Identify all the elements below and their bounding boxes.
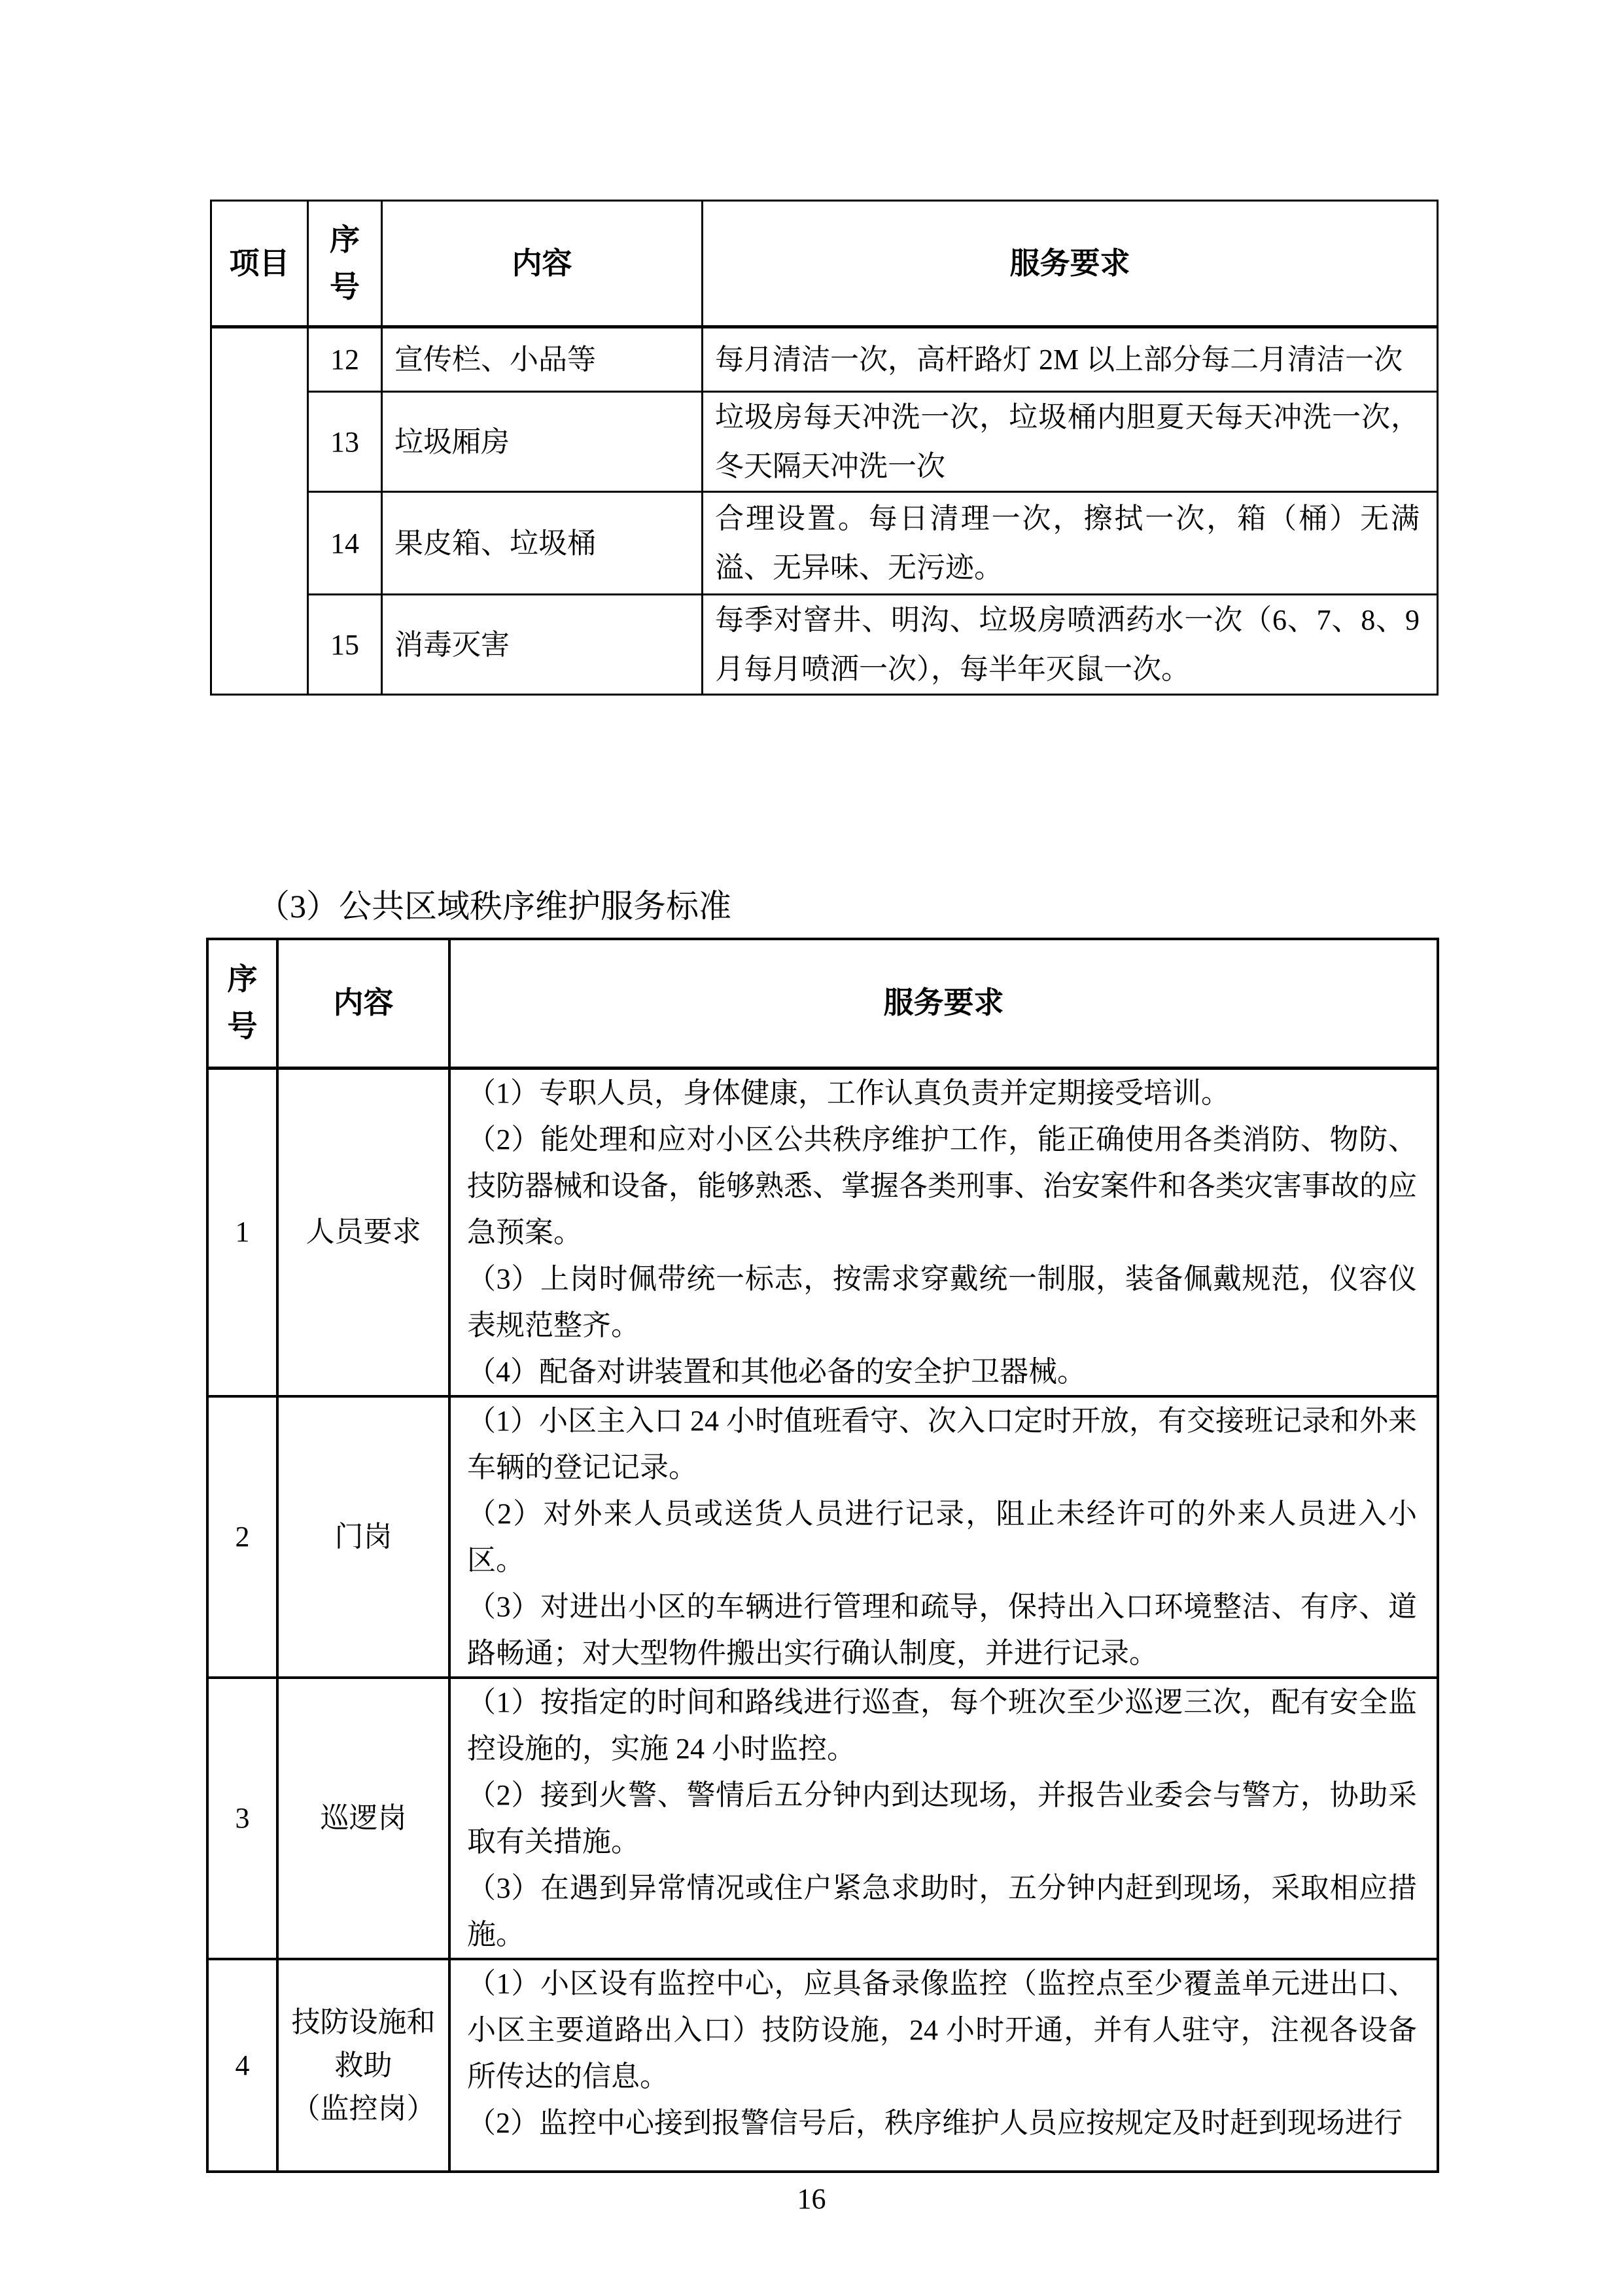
row-requirement: 垃圾房每天冲洗一次，垃圾桶内胆夏天每天冲洗一次，冬天隔天冲洗一次 — [703, 392, 1438, 492]
row-no: 2 — [207, 1396, 277, 1678]
table2-header-no: 序 号 — [207, 939, 277, 1068]
row-requirement: （1）小区设有监控中心，应具备录像监控（监控点至少覆盖单元进出口、小区主要道路出… — [449, 1959, 1438, 2172]
row-no: 14 — [308, 492, 382, 595]
row-content: 果皮箱、垃圾桶 — [382, 492, 703, 595]
row-content: 巡逻岗 — [277, 1678, 449, 1959]
table-row: 4 技防设施和 救助 （监控岗） （1）小区设有监控中心，应具备录像监控（监控点… — [207, 1959, 1438, 2172]
row-content: 消毒灭害 — [382, 595, 703, 695]
table-row: 12 宣传栏、小品等 每月清洁一次，高杆路灯 2M 以上部分每二月清洁一次 — [211, 327, 1438, 392]
requirement-item: （1）小区主入口 24 小时值班看守、次入口定时开放，有交接班记录和外来车辆的登… — [467, 1398, 1417, 1491]
cleaning-standards-table: 项目 序 号 内容 服务要求 12 宣传栏、小品等 每月清洁一次，高杆路灯 2M… — [210, 200, 1439, 696]
row-content: 技防设施和 救助 （监控岗） — [277, 1959, 449, 2172]
table-row: 1 人员要求 （1）专职人员，身体健康，工作认真负责并定期接受培训。 （2）能处… — [207, 1068, 1438, 1396]
row-requirement: 合理设置。每日清理一次，擦拭一次，箱（桶）无满溢、无异味、无污迹。 — [703, 492, 1438, 595]
requirement-item: （3）在遇到异常情况或住户紧急求助时，五分钟内赶到现场，采取相应措施。 — [467, 1865, 1417, 1958]
row-content: 人员要求 — [277, 1068, 449, 1396]
requirement-item: （2）监控中心接到报警信号后，秩序维护人员应按规定及时赶到现场进行 — [467, 2100, 1417, 2146]
table1-header-row: 项目 序 号 内容 服务要求 — [211, 201, 1438, 327]
row-no: 13 — [308, 392, 382, 492]
requirement-item: （3）对进出小区的车辆进行管理和疏导，保持出入口环境整洁、有序、道路畅通；对大型… — [467, 1583, 1417, 1676]
row-requirement: （1）按指定的时间和路线进行巡查，每个班次至少巡逻三次，配有安全监控设施的，实施… — [449, 1678, 1438, 1959]
page-number: 16 — [0, 2181, 1623, 2217]
table2-header-no-line2: 号 — [209, 1003, 276, 1050]
row-content: 宣传栏、小品等 — [382, 327, 703, 392]
table1-header-no: 序 号 — [308, 201, 382, 327]
table1-header-project: 项目 — [211, 201, 308, 327]
row-content-line: （监控岗） — [279, 2087, 448, 2130]
table1-header-requirement: 服务要求 — [703, 201, 1438, 327]
requirement-item: （1）按指定的时间和路线进行巡查，每个班次至少巡逻三次，配有安全监控设施的，实施… — [467, 1679, 1417, 1772]
table1-project-merged-cell — [211, 327, 308, 695]
table2-header-content: 内容 — [277, 939, 449, 1068]
requirement-item: （2）对外来人员或送货人员进行记录，阻止未经许可的外来人员进入小区。 — [467, 1491, 1417, 1583]
page: 项目 序 号 内容 服务要求 12 宣传栏、小品等 每月清洁一次，高杆路灯 2M… — [0, 0, 1623, 2296]
section-title: （3）公共区域秩序维护服务标准 — [257, 883, 731, 929]
table1-header-no-line1: 序 — [309, 217, 381, 264]
table-row: 3 巡逻岗 （1）按指定的时间和路线进行巡查，每个班次至少巡逻三次，配有安全监控… — [207, 1678, 1438, 1959]
table-row: 2 门岗 （1）小区主入口 24 小时值班看守、次入口定时开放，有交接班记录和外… — [207, 1396, 1438, 1678]
table-row: 15 消毒灭害 每季对窨井、明沟、垃圾房喷洒药水一次（6、7、8、9 月每月喷洒… — [211, 595, 1438, 695]
requirement-item: （1）专职人员，身体健康，工作认真负责并定期接受培训。 — [467, 1070, 1417, 1116]
row-no: 12 — [308, 327, 382, 392]
requirement-item: （2）能处理和应对小区公共秩序维护工作，能正确使用各类消防、物防、技防器械和设备… — [467, 1116, 1417, 1256]
row-content-line: 技防设施和 — [279, 2001, 448, 2044]
row-requirement: （1）专职人员，身体健康，工作认真负责并定期接受培训。 （2）能处理和应对小区公… — [449, 1068, 1438, 1396]
table-row: 14 果皮箱、垃圾桶 合理设置。每日清理一次，擦拭一次，箱（桶）无满溢、无异味、… — [211, 492, 1438, 595]
row-no: 15 — [308, 595, 382, 695]
requirement-item: （2）接到火警、警情后五分钟内到达现场，并报告业委会与警方，协助采取有关措施。 — [467, 1772, 1417, 1865]
row-content: 门岗 — [277, 1396, 449, 1678]
row-no: 1 — [207, 1068, 277, 1396]
table1-header-content: 内容 — [382, 201, 703, 327]
row-no: 4 — [207, 1959, 277, 2172]
table2-header-row: 序 号 内容 服务要求 — [207, 939, 1438, 1068]
row-content: 垃圾厢房 — [382, 392, 703, 492]
order-maintenance-table: 序 号 内容 服务要求 1 人员要求 （1）专职人员，身体健康，工作认真负责并定… — [206, 938, 1439, 2173]
table1-header-no-line2: 号 — [309, 264, 381, 311]
row-requirement: 每月清洁一次，高杆路灯 2M 以上部分每二月清洁一次 — [703, 327, 1438, 392]
row-content-line: 救助 — [279, 2044, 448, 2087]
requirement-item: （1）小区设有监控中心，应具备录像监控（监控点至少覆盖单元进出口、小区主要道路出… — [467, 1960, 1417, 2100]
requirement-item: （4）配备对讲装置和其他必备的安全护卫器械。 — [467, 1349, 1417, 1395]
table2-header-no-line1: 序 — [209, 956, 276, 1003]
requirement-item: （3）上岗时佩带统一标志，按需求穿戴统一制服，装备佩戴规范，仪容仪表规范整齐。 — [467, 1256, 1417, 1349]
table-row: 13 垃圾厢房 垃圾房每天冲洗一次，垃圾桶内胆夏天每天冲洗一次，冬天隔天冲洗一次 — [211, 392, 1438, 492]
row-requirement: 每季对窨井、明沟、垃圾房喷洒药水一次（6、7、8、9 月每月喷洒一次），每半年灭… — [703, 595, 1438, 695]
row-no: 3 — [207, 1678, 277, 1959]
row-requirement: （1）小区主入口 24 小时值班看守、次入口定时开放，有交接班记录和外来车辆的登… — [449, 1396, 1438, 1678]
table2-header-requirement: 服务要求 — [449, 939, 1438, 1068]
